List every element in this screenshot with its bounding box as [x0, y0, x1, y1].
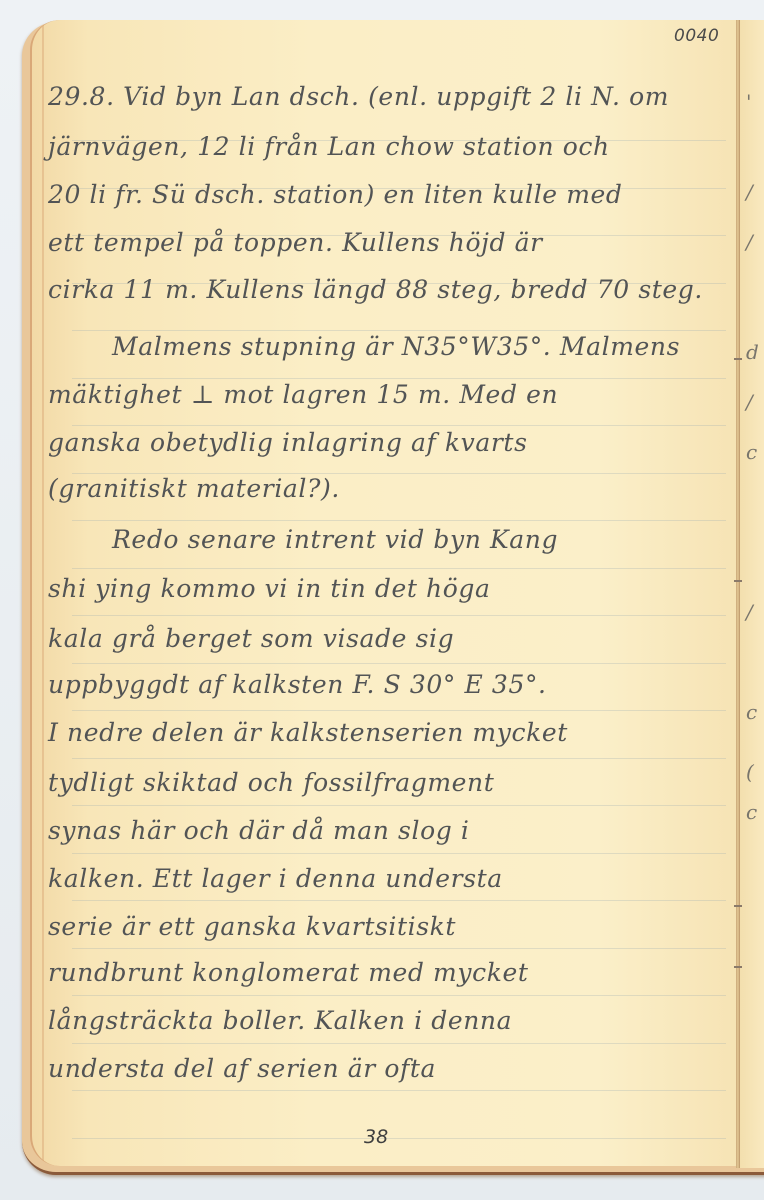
handwritten-line: uppbyggdt af kalksten F. S 30° E 35°. — [48, 670, 547, 699]
handwritten-line: ett tempel på toppen. Kullens höjd är — [48, 228, 543, 257]
handwritten-line: cirka 11 m. Kullens längd 88 steg, bredd… — [48, 275, 703, 304]
right-page-mark: c — [746, 440, 757, 464]
stitch-mark — [734, 966, 742, 968]
handwritten-line: 20 li fr. Sü dsch. station) en liten kul… — [48, 180, 623, 209]
ruled-line — [72, 425, 726, 426]
handwritten-line: (granitiskt material?). — [48, 474, 340, 503]
handwritten-line: I nedre delen är kalkstenserien mycket — [48, 718, 568, 747]
ruled-line — [72, 758, 726, 759]
handwritten-line: kalken. Ett lager i denna understa — [48, 864, 503, 893]
notebook-page-right-sliver: '//d/c/c(c — [740, 20, 764, 1168]
handwritten-line: synas här och där då man slog i — [48, 816, 469, 845]
stitch-mark — [734, 580, 742, 582]
handwritten-line: järnvägen, 12 li från Lan chow station o… — [48, 132, 610, 161]
scanned-notebook: '//d/c/c(c 0040 29.8. Vid byn Lan dsch. … — [0, 0, 764, 1200]
handwritten-line: serie är ett ganska kvartsitiskt — [48, 912, 456, 941]
right-page-mark: d — [746, 340, 759, 364]
page-number: 38 — [364, 1126, 388, 1148]
ruled-line — [72, 1138, 726, 1139]
right-page-mark: c — [746, 700, 757, 724]
right-page-mark: / — [746, 230, 753, 254]
right-page-mark: c — [746, 800, 757, 824]
handwritten-line: ganska obetydlig inlagring af kvarts — [48, 428, 528, 457]
handwritten-line: 29.8. Vid byn Lan dsch. (enl. uppgift 2 … — [48, 82, 669, 111]
right-page-mark: ( — [746, 760, 754, 784]
handwritten-line: kala grå berget som visade sig — [48, 624, 454, 653]
handwritten-line: rundbrunt konglomerat med mycket — [48, 958, 528, 987]
ruled-line — [72, 995, 726, 996]
handwritten-line: understa del af serien är ofta — [48, 1054, 436, 1083]
right-page-mark: / — [746, 390, 753, 414]
ruled-line — [72, 805, 726, 806]
ruled-line — [72, 568, 726, 569]
handwritten-line: shi ying kommo vi in tin det höga — [48, 574, 491, 603]
ruled-line — [72, 615, 726, 616]
ruled-line — [72, 948, 726, 949]
ruled-line — [72, 330, 726, 331]
right-page-mark: ' — [746, 90, 752, 114]
ruled-line — [72, 520, 726, 521]
notebook-gutter — [736, 20, 740, 1168]
right-page-mark: / — [746, 600, 753, 624]
archive-number: 0040 — [674, 26, 719, 46]
ruled-line — [72, 663, 726, 664]
handwritten-line: mäktighet ⊥ mot lagren 15 m. Med en — [48, 380, 558, 409]
ruled-line — [72, 378, 726, 379]
stitch-mark — [734, 358, 742, 360]
ruled-line — [72, 1090, 726, 1091]
handwritten-line: tydligt skiktad och fossilfragment — [48, 768, 494, 797]
ruled-line — [72, 1043, 726, 1044]
handwritten-line: Malmens stupning är N35°W35°. Malmens — [112, 332, 680, 361]
ruled-line — [72, 853, 726, 854]
right-page-mark: / — [746, 180, 753, 204]
ruled-line — [72, 900, 726, 901]
ruled-line — [72, 710, 726, 711]
handwritten-line: långsträckta boller. Kalken i denna — [48, 1006, 512, 1035]
handwritten-line: Redo senare intrent vid byn Kang — [112, 525, 558, 554]
stitch-mark — [734, 905, 742, 907]
